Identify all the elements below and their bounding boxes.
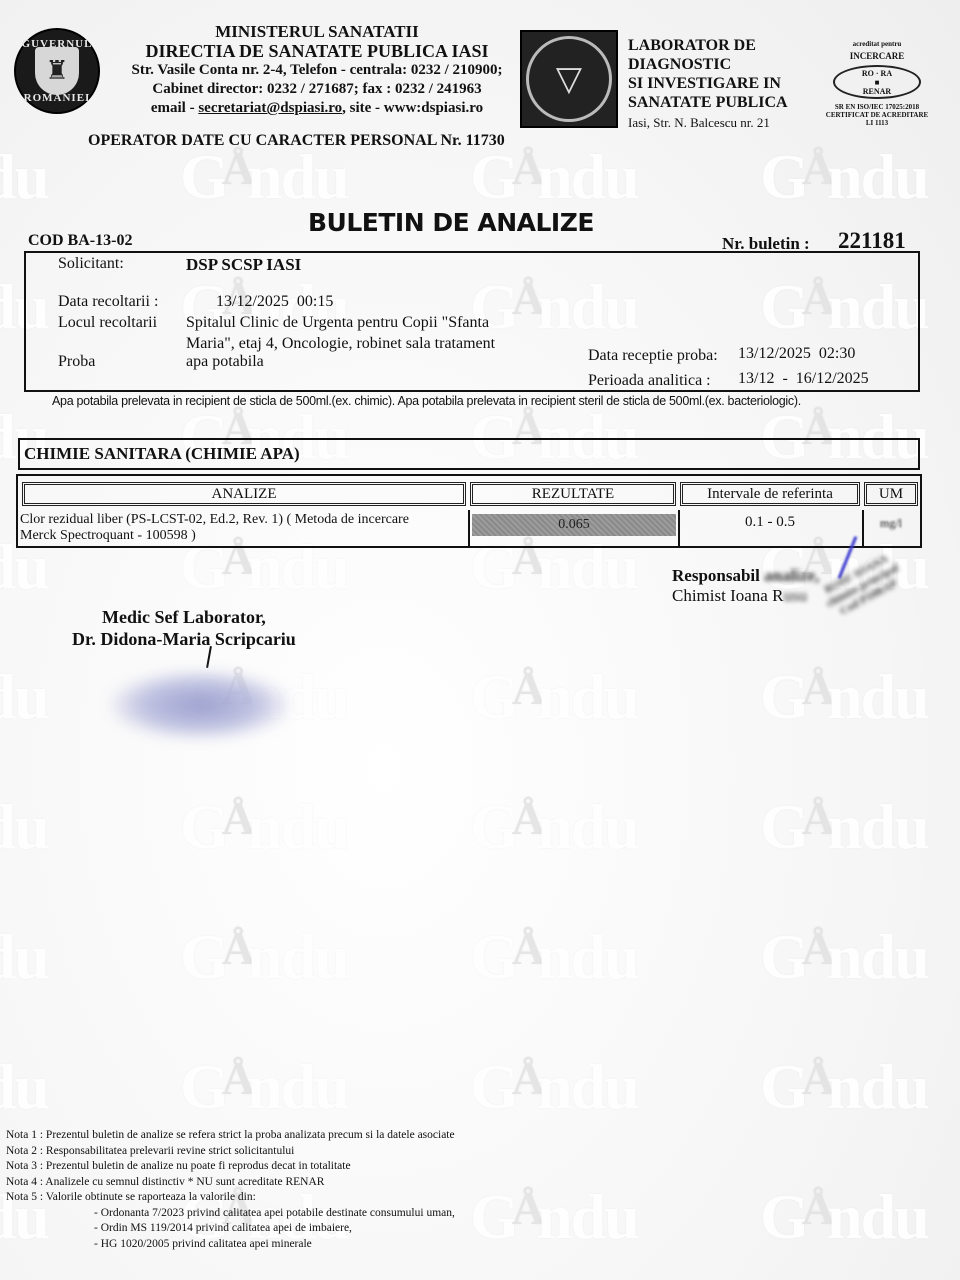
analysis-name-line1: Clor rezidual liber (PS-LCST-02, Ed.2, R… xyxy=(20,512,409,528)
results-table: ANALIZE REZULTATE Intervale de referinta… xyxy=(16,474,922,548)
note-item: Nota 4 : Analizele cu semnul distinctiv … xyxy=(6,1175,455,1191)
responsible-label: Responsabil xyxy=(672,566,764,585)
renar-accredited-for: acreditat pentru xyxy=(812,40,942,48)
regulation-item: - Ordin MS 119/2014 privind calitatea ap… xyxy=(6,1221,455,1237)
result-value: 0.065 xyxy=(472,514,676,536)
reference-interval: 0.1 - 0.5 xyxy=(680,514,860,531)
chief-physician: Medic Sef Laborator, Dr. Didona-Maria Sc… xyxy=(72,606,296,650)
lab-title: LABORATOR DE DIAGNOSTIC SI INVESTIGARE I… xyxy=(628,36,788,112)
regulation-item: - HG 1020/2005 privind calitatea apei mi… xyxy=(6,1237,455,1253)
seal-bottom-text: ROMANIEI xyxy=(24,92,91,104)
lab-title-line: DIAGNOSTIC xyxy=(628,55,788,74)
header-rezultate: REZULTATE xyxy=(470,482,676,506)
email-prefix: email - xyxy=(151,100,198,116)
directorate-name: DIRECTIA DE SANATATE PUBLICA IASI xyxy=(108,41,526,61)
header-reference: Intervale de referinta xyxy=(680,482,860,506)
footer-notes: Nota 1 : Prezentul buletin de analize se… xyxy=(6,1128,455,1252)
analysis-name-line2: Merck Spectroquant - 100598 ) xyxy=(20,528,196,544)
analytic-period-label: Perioada analitica : xyxy=(588,372,711,390)
renar-type: INCERCARE xyxy=(812,51,942,61)
renar-oval-top: RO · RA xyxy=(862,69,892,78)
lab-seal-icon: ▽ xyxy=(520,30,618,128)
ministry-header: MINISTERUL SANATATII DIRECTIA DE SANATAT… xyxy=(108,22,526,118)
responsible-label-blurred: analize, xyxy=(764,566,819,585)
solicitant-value: DSP SCSP IASI xyxy=(186,255,301,275)
lab-title-line: SANATATE PUBLICA xyxy=(628,93,788,112)
column-divider xyxy=(468,510,470,546)
blurred-stamp-signature xyxy=(110,670,290,740)
renar-crest-icon: ■ xyxy=(875,78,880,87)
lab-seal-emblem-icon: ▽ xyxy=(526,36,612,122)
sample-info-box: Solicitant: DSP SCSP IASI Data recoltari… xyxy=(24,251,920,392)
ministry-name: MINISTERUL SANATATII xyxy=(108,22,526,41)
analyst-name: Chimist Ioana R xyxy=(672,586,783,605)
document-title: BULETIN DE ANALIZE xyxy=(308,208,594,237)
contact-line: email - secretariat@dspiasi.ro, site - w… xyxy=(108,99,526,118)
unit: mg/l xyxy=(864,516,918,531)
solicitant-label: Solicitant: xyxy=(58,255,124,273)
renar-standard: SR EN ISO/IEC 17025:2018 xyxy=(812,103,942,111)
lab-title-line: LABORATOR DE xyxy=(628,36,788,55)
document-code: COD BA-13-02 xyxy=(28,232,132,250)
renar-oval-bottom: RENAR xyxy=(863,87,891,96)
phone-line: Cabinet director: 0232 / 271687; fax : 0… xyxy=(108,80,526,99)
seal-top-text: GUVERNUL xyxy=(22,38,93,50)
sample-container-note: Apa potabila prelevata in recipient de s… xyxy=(52,394,852,409)
analytic-period-value: 13/12 - 16/12/2025 xyxy=(738,370,869,388)
address-line: Str. Vasile Conta nr. 2-4, Telefon - cen… xyxy=(108,61,526,80)
header-um: UM xyxy=(864,482,918,506)
header-analize: ANALIZE xyxy=(22,482,466,506)
regulation-item: - Ordonanta 7/2023 privind calitatea ape… xyxy=(6,1206,455,1222)
chief-name: Dr. Didona-Maria Scripcariu xyxy=(72,628,296,650)
renar-certificate: CERTIFICAT DE ACREDITARE xyxy=(812,111,942,119)
collection-date-value: 13/12/2025 00:15 xyxy=(216,293,333,311)
email-link[interactable]: secretariat@dspiasi.ro xyxy=(198,100,342,116)
renar-cert-number: LI 1113 xyxy=(812,119,942,127)
renar-accreditation: acreditat pentru INCERCARE RO · RA ■ REN… xyxy=(812,40,942,127)
lab-address: Iasi, Str. N. Balcescu nr. 21 xyxy=(628,115,770,131)
sample-value: apa potabila xyxy=(186,353,264,371)
reception-label: Data receptie proba: xyxy=(588,347,718,365)
eagle-icon: ♜ xyxy=(35,47,79,95)
collection-place-line1: Spitalul Clinic de Urgenta pentru Copii … xyxy=(186,314,489,332)
chief-title: Medic Sef Laborator, xyxy=(72,606,296,628)
site-text: , site - www:dspiasi.ro xyxy=(342,100,483,116)
government-seal-icon: GUVERNUL ♜ ROMANIEI xyxy=(14,28,100,114)
note-item: Nota 2 : Responsabilitatea prelevarii re… xyxy=(6,1144,455,1160)
sample-label: Proba xyxy=(58,353,95,371)
collection-date-label: Data recoltarii : xyxy=(58,293,158,311)
note-item: Nota 5 : Valorile obtinute se raporteaza… xyxy=(6,1190,455,1206)
collection-place-label: Locul recoltarii xyxy=(58,314,157,332)
data-operator-line: OPERATOR DATE CU CARACTER PERSONAL Nr. 1… xyxy=(88,132,505,150)
lab-title-line: SI INVESTIGARE IN xyxy=(628,74,788,93)
section-title: CHIMIE SANITARA (CHIMIE APA) xyxy=(18,438,920,470)
reception-value: 13/12/2025 02:30 xyxy=(738,345,855,363)
collection-place-line2: Maria", etaj 4, Oncologie, robinet sala … xyxy=(186,335,495,353)
note-item: Nota 3 : Prezentul buletin de analize nu… xyxy=(6,1159,455,1175)
renar-logo-icon: RO · RA ■ RENAR xyxy=(833,65,921,99)
note-item: Nota 1 : Prezentul buletin de analize se… xyxy=(6,1128,455,1144)
